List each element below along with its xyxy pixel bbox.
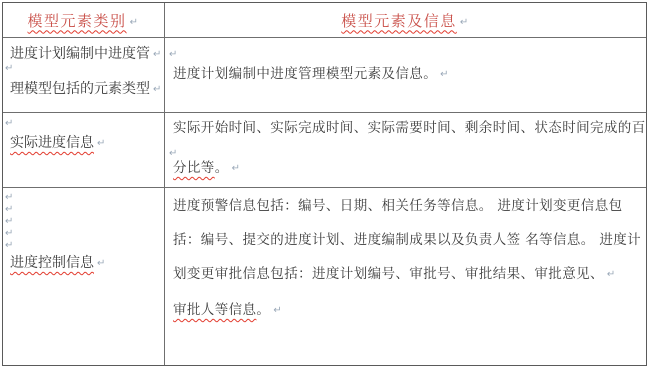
header-info-text: 模型元素及信息	[341, 12, 457, 30]
paragraph-mark-icon: ↵	[153, 49, 161, 60]
row2-info-line2-wavy-text: 分比等	[173, 160, 215, 176]
paragraph-mark-icon: ↵	[5, 229, 13, 239]
row3-info-line4-wavy-text: 审批人等信息	[173, 302, 256, 318]
row2-info-line2: 分比等。↵	[173, 159, 240, 179]
paragraph-mark-icon: ↵	[97, 138, 105, 149]
row3-info-line2-text: 括：编号、提交的进度计划、进度编制成果以及负责人签 名等信息。 进度计	[173, 232, 641, 248]
header-cell-info: 模型元素及信息↵	[165, 3, 646, 38]
paragraph-mark-icon: ↵	[5, 64, 13, 74]
paragraph-mark-icon: ↵	[5, 241, 13, 251]
row2-info-cell: 实际开始时间、实际完成时间、实际需要时间、剩余时间、状态时间完成的百↵ ↵ 分比…	[165, 113, 646, 188]
header-category-text: 模型元素类别	[28, 12, 127, 30]
model-elements-table: 模型元素类别↵ 模型元素及信息↵ ↵ 进度计划编制中进度管↵ 理模型包括的元素类…	[2, 2, 647, 366]
paragraph-mark-icon: ↵	[153, 84, 161, 95]
paragraph-mark-icon: ↵	[273, 305, 282, 316]
row3-info-cell: 进度预警信息包括：编号、日期、相关任务等信息。 进度计划变更信息包 括：编号、提…	[165, 188, 646, 365]
row3-info-line1-text: 进度预警信息包括：编号、日期、相关任务等信息。 进度计划变更信息包	[173, 198, 623, 214]
row1-info-text: 进度计划编制中进度管理模型元素及信息。	[173, 66, 437, 82]
row2-category-text: 实际进度信息	[10, 135, 94, 151]
header-cell-category: 模型元素类别↵	[3, 3, 165, 38]
paragraph-mark-icon: ↵	[130, 17, 140, 28]
paragraph-mark-icon: ↵	[5, 119, 13, 129]
row2-info-line2-period: 。	[215, 160, 229, 176]
row2-category-cell: ↵ 实际进度信息↵	[3, 113, 165, 188]
paragraph-mark-icon: ↵	[460, 17, 470, 28]
row2-category-line: 实际进度信息↵	[10, 134, 105, 154]
row1-category-line1: 进度计划编制中进度管↵	[10, 45, 161, 65]
paragraph-mark-icon: ↵	[169, 50, 177, 60]
paragraph-mark-icon: ↵	[5, 205, 13, 215]
row3-category-cell: ↵ ↵ ↵ ↵ ↵ 进度控制信息↵	[3, 188, 165, 365]
row3-info-line1: 进度预警信息包括：编号、日期、相关任务等信息。 进度计划变更信息包	[173, 197, 623, 215]
row1-info-cell: ↵ 进度计划编制中进度管理模型元素及信息。↵	[165, 38, 646, 113]
row1-info-line: 进度计划编制中进度管理模型元素及信息。↵	[173, 65, 449, 85]
row3-category-line: 进度控制信息↵	[10, 254, 105, 274]
paragraph-mark-icon: ↵	[607, 269, 616, 280]
row3-info-line3: 划变更审批信息包括：进度计划编号、审批号、审批结果、审批意见、↵	[173, 265, 616, 285]
row2-info-line1-text: 实际开始时间、实际完成时间、实际需要时间、剩余时间、状态时间完成的百	[173, 120, 646, 136]
row1-category-cell: ↵ 进度计划编制中进度管↵ 理模型包括的元素类型↵	[3, 38, 165, 113]
row1-category-line2: 理模型包括的元素类型↵	[10, 80, 161, 100]
row3-info-line3-text: 划变更审批信息包括：进度计划编号、审批号、审批结果、审批意见、	[173, 266, 604, 282]
paragraph-mark-icon: ↵	[97, 258, 105, 269]
paragraph-mark-icon: ↵	[169, 149, 177, 159]
row3-category-text: 进度控制信息	[10, 255, 94, 271]
header-info-label: 模型元素及信息↵	[341, 10, 469, 31]
paragraph-mark-icon: ↵	[5, 217, 13, 227]
row1-category-line1-text: 进度计划编制中进度管	[10, 46, 150, 62]
row2-info-line1: 实际开始时间、实际完成时间、实际需要时间、剩余时间、状态时间完成的百↵	[173, 119, 646, 139]
row1-category-line2-text: 理模型包括的元素类型	[10, 81, 150, 97]
header-category-label: 模型元素类别↵	[28, 10, 140, 31]
row3-info-line4-period: 。	[256, 302, 270, 318]
paragraph-mark-icon: ↵	[440, 69, 449, 80]
paragraph-mark-icon: ↵	[5, 193, 13, 203]
row3-info-line2: 括：编号、提交的进度计划、进度编制成果以及负责人签 名等信息。 进度计	[173, 231, 641, 249]
paragraph-mark-icon: ↵	[232, 163, 241, 174]
row3-info-line4: 审批人等信息。↵	[173, 301, 282, 321]
